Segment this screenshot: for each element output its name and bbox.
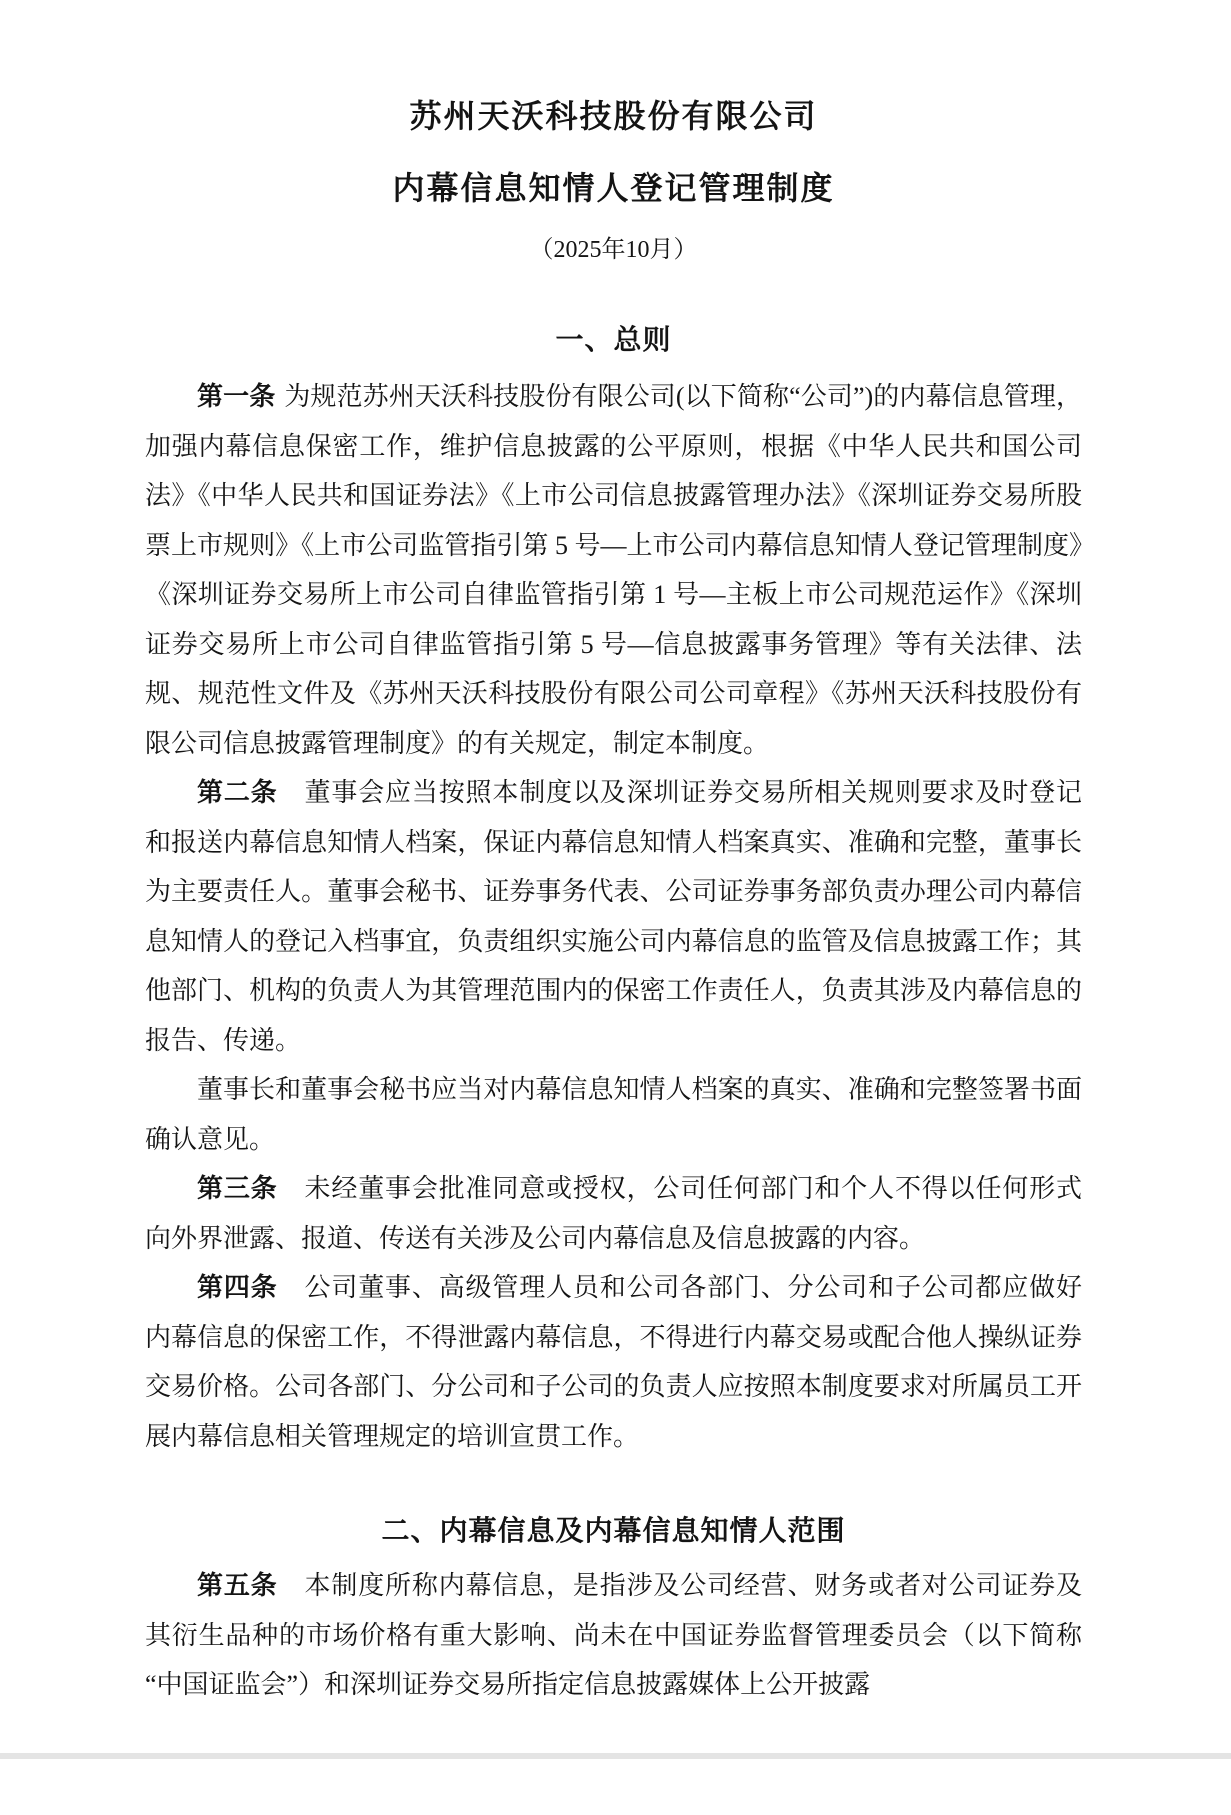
section-heading-general-provisions: 一、总则 — [145, 320, 1082, 360]
paragraph-article-3: 第三条未经董事会批准同意或授权，公司任何部门和个人不得以任何形式向外界泄露、报道… — [145, 1164, 1082, 1263]
document-content: 苏州天沃科技股份有限公司 内幕信息知情人登记管理制度 （2025年10月） 一、… — [145, 0, 1082, 1710]
article-4-number: 第四条 — [197, 1272, 278, 1302]
article-2-number: 第二条 — [197, 777, 278, 807]
article-5-number: 第五条 — [197, 1570, 278, 1600]
document-date: （2025年10月） — [145, 234, 1082, 266]
article-3-number: 第三条 — [197, 1173, 278, 1203]
document-title-line2: 内幕信息知情人登记管理制度 — [145, 166, 1082, 210]
article-2-supplement-text: 董事长和董事会秘书应当对内幕信息知情人档案的真实、准确和完整签署书面确认意见。 — [145, 1075, 1082, 1154]
paragraph-article-1: 第一条为规范苏州天沃科技股份有限公司(以下简称“公司”)的内幕信息管理，加强内幕… — [145, 372, 1082, 768]
article-4-text: 公司董事、高级管理人员和公司各部门、分公司和子公司都应做好内幕信息的保密工作，不… — [145, 1273, 1082, 1451]
document-title-line1: 苏州天沃科技股份有限公司 — [145, 0, 1082, 138]
paragraph-article-2: 第二条董事会应当按照本制度以及深圳证券交易所相关规则要求及时登记和报送内幕信息知… — [145, 768, 1082, 1065]
paragraph-article-2-supplement: 董事长和董事会秘书应当对内幕信息知情人档案的真实、准确和完整签署书面确认意见。 — [145, 1065, 1082, 1164]
paragraph-article-4: 第四条公司董事、高级管理人员和公司各部门、分公司和子公司都应做好内幕信息的保密工… — [145, 1263, 1082, 1461]
document-page: 苏州天沃科技股份有限公司 内幕信息知情人登记管理制度 （2025年10月） 一、… — [0, 0, 1231, 1815]
article-1-number: 第一条 — [197, 381, 275, 411]
article-2-text: 董事会应当按照本制度以及深圳证券交易所相关规则要求及时登记和报送内幕信息知情人档… — [145, 778, 1082, 1055]
article-3-text: 未经董事会批准同意或授权，公司任何部门和个人不得以任何形式向外界泄露、报道、传送… — [145, 1174, 1082, 1253]
paragraph-article-5: 第五条本制度所称内幕信息，是指涉及公司经营、财务或者对公司证券及其衍生品种的市场… — [145, 1561, 1082, 1710]
section-heading-insider-information-scope: 二、内幕信息及内幕信息知情人范围 — [145, 1511, 1082, 1551]
page-separator — [0, 1753, 1231, 1759]
article-5-text: 本制度所称内幕信息，是指涉及公司经营、财务或者对公司证券及其衍生品种的市场价格有… — [145, 1571, 1082, 1699]
article-1-text: 为规范苏州天沃科技股份有限公司(以下简称“公司”)的内幕信息管理，加强内幕信息保… — [145, 382, 1082, 758]
